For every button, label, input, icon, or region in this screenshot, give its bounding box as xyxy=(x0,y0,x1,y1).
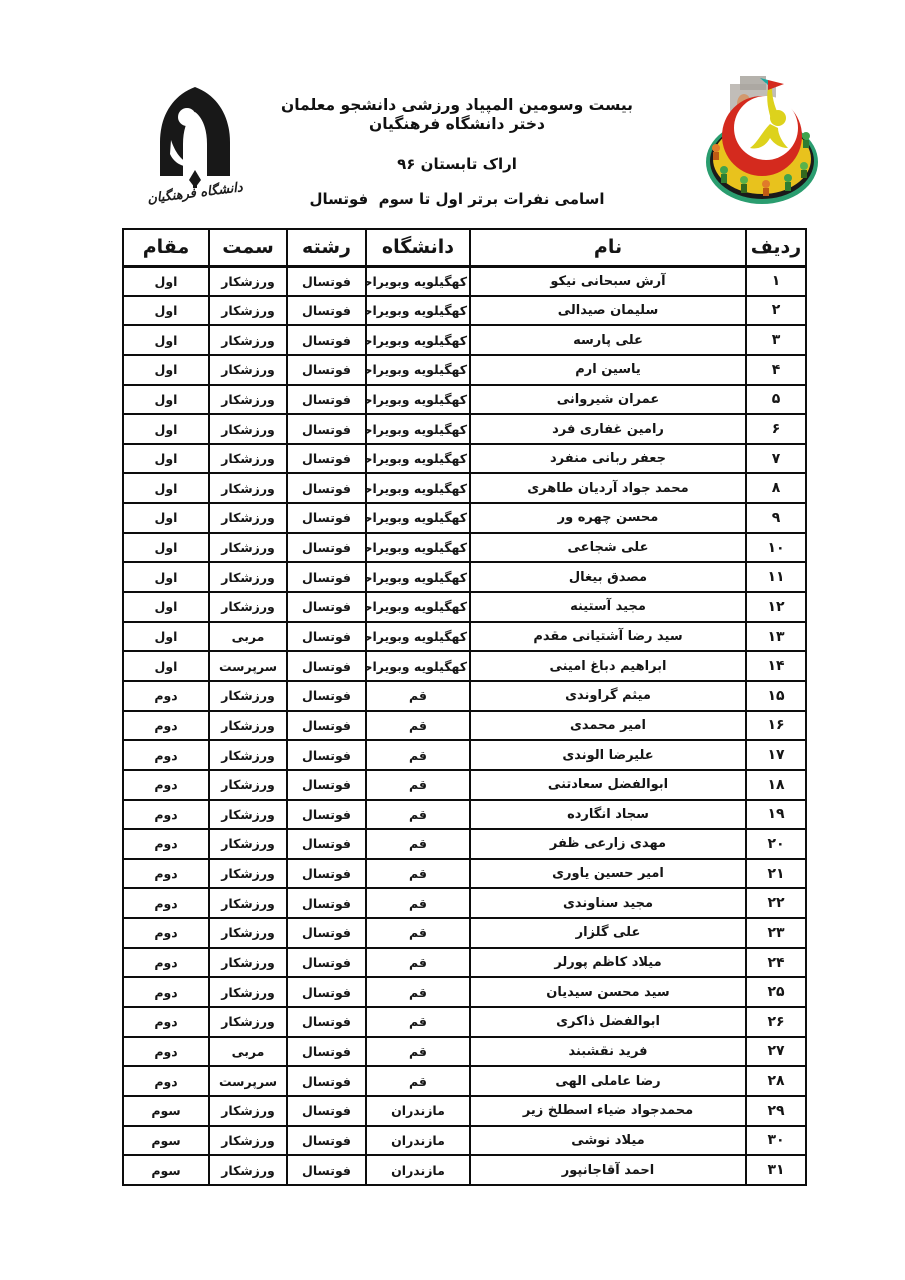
name-cell: علی گلزار xyxy=(470,918,746,948)
rank-cell: سوم xyxy=(123,1126,209,1156)
table-row: ۵عمران شیروانیکهگیلویه وبویراحمدفوتسالور… xyxy=(123,385,806,415)
column-header-role: سمت xyxy=(209,229,287,266)
table-row: ۱۴ابراهیم دباغ امینیکهگیلویه وبویراحمدفو… xyxy=(123,651,806,681)
row-number-cell: ۳۰ xyxy=(746,1126,806,1156)
table-row: ۲۸رضا عاملی الهیقمفوتسالسرپرستدوم xyxy=(123,1066,806,1096)
university-cell: مازندران xyxy=(366,1126,470,1156)
column-header-field: رشته xyxy=(287,229,366,266)
row-number-cell: ۱۹ xyxy=(746,800,806,830)
field-cell: فوتسال xyxy=(287,651,366,681)
name-cell: سید رضا آشتیانی مقدم xyxy=(470,622,746,652)
table-row: ۲۱امیر حسین یاوریقمفوتسالورزشکاردوم xyxy=(123,859,806,889)
university-cell: قم xyxy=(366,829,470,859)
name-cell: مجید آستینه xyxy=(470,592,746,622)
field-cell: فوتسال xyxy=(287,296,366,326)
rank-cell: دوم xyxy=(123,681,209,711)
rank-cell: اول xyxy=(123,385,209,415)
table-row: ۲سلیمان صیدالیکهگیلویه وبویراحمدفوتسالور… xyxy=(123,296,806,326)
name-cell: مهدی زارعی ظفر xyxy=(470,829,746,859)
row-number-cell: ۲۵ xyxy=(746,977,806,1007)
name-cell: سجاد انگارده xyxy=(470,800,746,830)
table-row: ۲۳علی گلزارقمفوتسالورزشکاردوم xyxy=(123,918,806,948)
field-cell: فوتسال xyxy=(287,592,366,622)
column-header-name: نام xyxy=(470,229,746,266)
name-cell: فرید نقشبند xyxy=(470,1037,746,1067)
university-cell: قم xyxy=(366,859,470,889)
rank-cell: اول xyxy=(123,503,209,533)
table-row: ۱۰علی شجاعیکهگیلویه وبویراحمدفوتسالورزشک… xyxy=(123,533,806,563)
row-number-cell: ۲۶ xyxy=(746,1007,806,1037)
table-row: ۳علی پارسهکهگیلویه وبویراحمدفوتسالورزشکا… xyxy=(123,325,806,355)
field-cell: فوتسال xyxy=(287,888,366,918)
row-number-cell: ۸ xyxy=(746,473,806,503)
row-number-cell: ۲۹ xyxy=(746,1096,806,1126)
row-number-cell: ۱۲ xyxy=(746,592,806,622)
university-cell: کهگیلویه وبویراحمد xyxy=(366,651,470,681)
university-cell: قم xyxy=(366,1037,470,1067)
row-number-cell: ۲۴ xyxy=(746,948,806,978)
table-row: ۴یاسین ارمکهگیلویه وبویراحمدفوتسالورزشکا… xyxy=(123,355,806,385)
rank-cell: اول xyxy=(123,266,209,296)
rank-cell: دوم xyxy=(123,740,209,770)
rank-cell: اول xyxy=(123,533,209,563)
column-header-rank: مقام xyxy=(123,229,209,266)
name-cell: میلاد کاظم پورلر xyxy=(470,948,746,978)
role-cell: ورزشکار xyxy=(209,800,287,830)
table-row: ۱۱مصدق بیغالکهگیلویه وبویراحمدفوتسالورزش… xyxy=(123,562,806,592)
table-header-row: ردیف نام دانشگاه رشته سمت مقام xyxy=(123,229,806,266)
university-cell: قم xyxy=(366,948,470,978)
header-titles: بیست وسومین المپیاد ورزشی دانشجو معلمان … xyxy=(262,96,652,173)
rank-cell: اول xyxy=(123,622,209,652)
name-cell: امیر محمدی xyxy=(470,711,746,741)
name-cell: احمد آقاجانپور xyxy=(470,1155,746,1185)
university-cell: کهگیلویه وبویراحمد xyxy=(366,473,470,503)
rank-cell: دوم xyxy=(123,800,209,830)
row-number-cell: ۲۰ xyxy=(746,829,806,859)
rank-cell: دوم xyxy=(123,1037,209,1067)
role-cell: ورزشکار xyxy=(209,266,287,296)
name-cell: محمدجواد ضیاء اسطلخ زیر xyxy=(470,1096,746,1126)
rank-cell: اول xyxy=(123,414,209,444)
university-cell: قم xyxy=(366,918,470,948)
row-number-cell: ۲۱ xyxy=(746,859,806,889)
field-cell: فوتسال xyxy=(287,266,366,296)
table-row: ۲۵سید محسن سیدیانقمفوتسالورزشکاردوم xyxy=(123,977,806,1007)
rank-cell: سوم xyxy=(123,1155,209,1185)
name-cell: علی شجاعی xyxy=(470,533,746,563)
rank-cell: دوم xyxy=(123,1007,209,1037)
university-cell: قم xyxy=(366,888,470,918)
field-cell: فوتسال xyxy=(287,325,366,355)
table-row: ۲۶ابوالفضل ذاکریقمفوتسالورزشکاردوم xyxy=(123,1007,806,1037)
page-subtitle-location: اراک تابستان ۹۶ xyxy=(262,155,652,173)
table-row: ۳۰میلاد نوشیمازندرانفوتسالورزشکارسوم xyxy=(123,1126,806,1156)
row-number-cell: ۲۸ xyxy=(746,1066,806,1096)
name-cell: مصدق بیغال xyxy=(470,562,746,592)
role-cell: مربی xyxy=(209,622,287,652)
field-cell: فوتسال xyxy=(287,473,366,503)
rank-cell: دوم xyxy=(123,977,209,1007)
name-cell: یاسین ارم xyxy=(470,355,746,385)
role-cell: ورزشکار xyxy=(209,859,287,889)
rank-cell: اول xyxy=(123,444,209,474)
university-cell: قم xyxy=(366,800,470,830)
table-row: ۸محمد جواد آردیان طاهریکهگیلویه وبویراحم… xyxy=(123,473,806,503)
role-cell: ورزشکار xyxy=(209,1155,287,1185)
olympiad-logo xyxy=(700,74,822,206)
role-cell: مربی xyxy=(209,1037,287,1067)
row-number-cell: ۱ xyxy=(746,266,806,296)
university-cell: قم xyxy=(366,1066,470,1096)
role-cell: ورزشکار xyxy=(209,444,287,474)
role-cell: ورزشکار xyxy=(209,592,287,622)
university-cell: مازندران xyxy=(366,1096,470,1126)
rank-cell: دوم xyxy=(123,711,209,741)
name-cell: عمران شیروانی xyxy=(470,385,746,415)
university-cell: کهگیلویه وبویراحمد xyxy=(366,385,470,415)
olympiad-emblem-icon xyxy=(700,74,822,206)
field-cell: فوتسال xyxy=(287,859,366,889)
university-cell: کهگیلویه وبویراحمد xyxy=(366,266,470,296)
row-number-cell: ۱۴ xyxy=(746,651,806,681)
name-cell: ابوالفضل سعادتنی xyxy=(470,770,746,800)
university-cell: قم xyxy=(366,740,470,770)
university-cell: کهگیلویه وبویراحمد xyxy=(366,562,470,592)
field-cell: فوتسال xyxy=(287,948,366,978)
name-cell: علیرضا الوندی xyxy=(470,740,746,770)
university-cell: کهگیلویه وبویراحمد xyxy=(366,296,470,326)
university-cell: قم xyxy=(366,711,470,741)
rank-cell: اول xyxy=(123,592,209,622)
role-cell: ورزشکار xyxy=(209,503,287,533)
name-cell: ابراهیم دباغ امینی xyxy=(470,651,746,681)
role-cell: ورزشکار xyxy=(209,325,287,355)
table-row: ۲۰مهدی زارعی ظفرقمفوتسالورزشکاردوم xyxy=(123,829,806,859)
field-cell: فوتسال xyxy=(287,800,366,830)
list-caption: اسامی نفرات برتر اول تا سوم فوتسال xyxy=(262,190,652,208)
name-cell: آرش سبحانی نیکو xyxy=(470,266,746,296)
table-row: ۱۷علیرضا الوندیقمفوتسالورزشکاردوم xyxy=(123,740,806,770)
field-cell: فوتسال xyxy=(287,444,366,474)
table-row: ۱۵میثم گراوندیقمفوتسالورزشکاردوم xyxy=(123,681,806,711)
field-cell: فوتسال xyxy=(287,414,366,444)
table-row: ۲۷فرید نقشبندقمفوتسالمربیدوم xyxy=(123,1037,806,1067)
field-cell: فوتسال xyxy=(287,355,366,385)
column-header-university: دانشگاه xyxy=(366,229,470,266)
role-cell: ورزشکار xyxy=(209,473,287,503)
row-number-cell: ۳ xyxy=(746,325,806,355)
row-number-cell: ۷ xyxy=(746,444,806,474)
table-row: ۱۹سجاد انگاردهقمفوتسالورزشکاردوم xyxy=(123,800,806,830)
university-cell: قم xyxy=(366,681,470,711)
field-cell: فوتسال xyxy=(287,770,366,800)
university-cell: قم xyxy=(366,1007,470,1037)
table-row: ۱۶امیر محمدیقمفوتسالورزشکاردوم xyxy=(123,711,806,741)
rank-cell: دوم xyxy=(123,1066,209,1096)
role-cell: ورزشکار xyxy=(209,533,287,563)
row-number-cell: ۱۷ xyxy=(746,740,806,770)
university-cell: کهگیلویه وبویراحمد xyxy=(366,414,470,444)
field-cell: فوتسال xyxy=(287,918,366,948)
results-table-body: ۱آرش سبحانی نیکوکهگیلویه وبویراحمدفوتسال… xyxy=(123,266,806,1185)
field-cell: فوتسال xyxy=(287,1066,366,1096)
university-cell: کهگیلویه وبویراحمد xyxy=(366,533,470,563)
role-cell: ورزشکار xyxy=(209,681,287,711)
role-cell: ورزشکار xyxy=(209,1096,287,1126)
row-number-cell: ۴ xyxy=(746,355,806,385)
field-cell: فوتسال xyxy=(287,681,366,711)
row-number-cell: ۱۸ xyxy=(746,770,806,800)
row-number-cell: ۲ xyxy=(746,296,806,326)
table-row: ۱آرش سبحانی نیکوکهگیلویه وبویراحمدفوتسال… xyxy=(123,266,806,296)
role-cell: ورزشکار xyxy=(209,1126,287,1156)
rank-cell: دوم xyxy=(123,918,209,948)
name-cell: محسن چهره ور xyxy=(470,503,746,533)
rank-cell: اول xyxy=(123,651,209,681)
name-cell: امیر حسین یاوری xyxy=(470,859,746,889)
university-cell: کهگیلویه وبویراحمد xyxy=(366,355,470,385)
table-row: ۲۲مجید سناوندیقمفوتسالورزشکاردوم xyxy=(123,888,806,918)
row-number-cell: ۱۱ xyxy=(746,562,806,592)
role-cell: ورزشکار xyxy=(209,562,287,592)
university-logo: دانشگاه فرهنگیان xyxy=(133,84,257,220)
rank-cell: اول xyxy=(123,355,209,385)
page-title: بیست وسومین المپیاد ورزشی دانشجو معلمان … xyxy=(262,96,652,133)
rank-cell: دوم xyxy=(123,948,209,978)
university-cell: کهگیلویه وبویراحمد xyxy=(366,325,470,355)
row-number-cell: ۳۱ xyxy=(746,1155,806,1185)
name-cell: محمد جواد آردیان طاهری xyxy=(470,473,746,503)
rank-cell: دوم xyxy=(123,888,209,918)
name-cell: علی پارسه xyxy=(470,325,746,355)
rank-cell: اول xyxy=(123,562,209,592)
row-number-cell: ۲۷ xyxy=(746,1037,806,1067)
role-cell: ورزشکار xyxy=(209,740,287,770)
rank-cell: اول xyxy=(123,473,209,503)
field-cell: فوتسال xyxy=(287,740,366,770)
university-cell: مازندران xyxy=(366,1155,470,1185)
university-cell: کهگیلویه وبویراحمد xyxy=(366,444,470,474)
field-cell: فوتسال xyxy=(287,1155,366,1185)
university-cell: کهگیلویه وبویراحمد xyxy=(366,503,470,533)
table-row: ۹محسن چهره ورکهگیلویه وبویراحمدفوتسالورز… xyxy=(123,503,806,533)
role-cell: ورزشکار xyxy=(209,829,287,859)
table-row: ۱۳سید رضا آشتیانی مقدمکهگیلویه وبویراحمد… xyxy=(123,622,806,652)
role-cell: ورزشکار xyxy=(209,770,287,800)
field-cell: فوتسال xyxy=(287,1037,366,1067)
table-row: ۳۱احمد آقاجانپورمازندرانفوتسالورزشکارسوم xyxy=(123,1155,806,1185)
rank-cell: دوم xyxy=(123,859,209,889)
role-cell: ورزشکار xyxy=(209,296,287,326)
table-row: ۱۲مجید آستینهکهگیلویه وبویراحمدفوتسالورز… xyxy=(123,592,806,622)
row-number-cell: ۹ xyxy=(746,503,806,533)
rank-cell: سوم xyxy=(123,1096,209,1126)
university-cell: کهگیلویه وبویراحمد xyxy=(366,622,470,652)
rank-cell: اول xyxy=(123,325,209,355)
row-number-cell: ۶ xyxy=(746,414,806,444)
row-number-cell: ۵ xyxy=(746,385,806,415)
field-cell: فوتسال xyxy=(287,385,366,415)
row-number-cell: ۱۵ xyxy=(746,681,806,711)
name-cell: مجید سناوندی xyxy=(470,888,746,918)
university-cell: قم xyxy=(366,770,470,800)
results-table: ردیف نام دانشگاه رشته سمت مقام ۱آرش سبحا… xyxy=(122,228,807,1186)
row-number-cell: ۱۰ xyxy=(746,533,806,563)
table-row: ۲۴میلاد کاظم پورلرقمفوتسالورزشکاردوم xyxy=(123,948,806,978)
rank-cell: دوم xyxy=(123,829,209,859)
role-cell: ورزشکار xyxy=(209,1007,287,1037)
role-cell: ورزشکار xyxy=(209,355,287,385)
role-cell: ورزشکار xyxy=(209,711,287,741)
name-cell: ابوالفضل ذاکری xyxy=(470,1007,746,1037)
rank-cell: دوم xyxy=(123,770,209,800)
row-number-cell: ۱۳ xyxy=(746,622,806,652)
name-cell: جعفر ربانی منفرد xyxy=(470,444,746,474)
role-cell: ورزشکار xyxy=(209,948,287,978)
row-number-cell: ۱۶ xyxy=(746,711,806,741)
field-cell: فوتسال xyxy=(287,562,366,592)
role-cell: سرپرست xyxy=(209,651,287,681)
table-row: ۱۸ابوالفضل سعادتنیقمفوتسالورزشکاردوم xyxy=(123,770,806,800)
role-cell: ورزشکار xyxy=(209,414,287,444)
role-cell: ورزشکار xyxy=(209,977,287,1007)
rank-cell: اول xyxy=(123,296,209,326)
name-cell: میثم گراوندی xyxy=(470,681,746,711)
field-cell: فوتسال xyxy=(287,1126,366,1156)
table-row: ۶رامین غفاری فردکهگیلویه وبویراحمدفوتسال… xyxy=(123,414,806,444)
name-cell: میلاد نوشی xyxy=(470,1126,746,1156)
role-cell: سرپرست xyxy=(209,1066,287,1096)
university-cell: کهگیلویه وبویراحمد xyxy=(366,592,470,622)
name-cell: سید محسن سیدیان xyxy=(470,977,746,1007)
field-cell: فوتسال xyxy=(287,1096,366,1126)
field-cell: فوتسال xyxy=(287,711,366,741)
university-emblem-icon xyxy=(143,84,247,188)
field-cell: فوتسال xyxy=(287,622,366,652)
field-cell: فوتسال xyxy=(287,503,366,533)
row-number-cell: ۲۲ xyxy=(746,888,806,918)
field-cell: فوتسال xyxy=(287,977,366,1007)
column-header-row-number: ردیف xyxy=(746,229,806,266)
field-cell: فوتسال xyxy=(287,1007,366,1037)
name-cell: سلیمان صیدالی xyxy=(470,296,746,326)
role-cell: ورزشکار xyxy=(209,385,287,415)
document-page: دانشگاه فرهنگیان xyxy=(0,0,905,1280)
field-cell: فوتسال xyxy=(287,829,366,859)
field-cell: فوتسال xyxy=(287,533,366,563)
table-row: ۲۹محمدجواد ضیاء اسطلخ زیرمازندرانفوتسالو… xyxy=(123,1096,806,1126)
university-cell: قم xyxy=(366,977,470,1007)
role-cell: ورزشکار xyxy=(209,918,287,948)
role-cell: ورزشکار xyxy=(209,888,287,918)
table-row: ۷جعفر ربانی منفردکهگیلویه وبویراحمدفوتسا… xyxy=(123,444,806,474)
name-cell: رامین غفاری فرد xyxy=(470,414,746,444)
row-number-cell: ۲۳ xyxy=(746,918,806,948)
name-cell: رضا عاملی الهی xyxy=(470,1066,746,1096)
